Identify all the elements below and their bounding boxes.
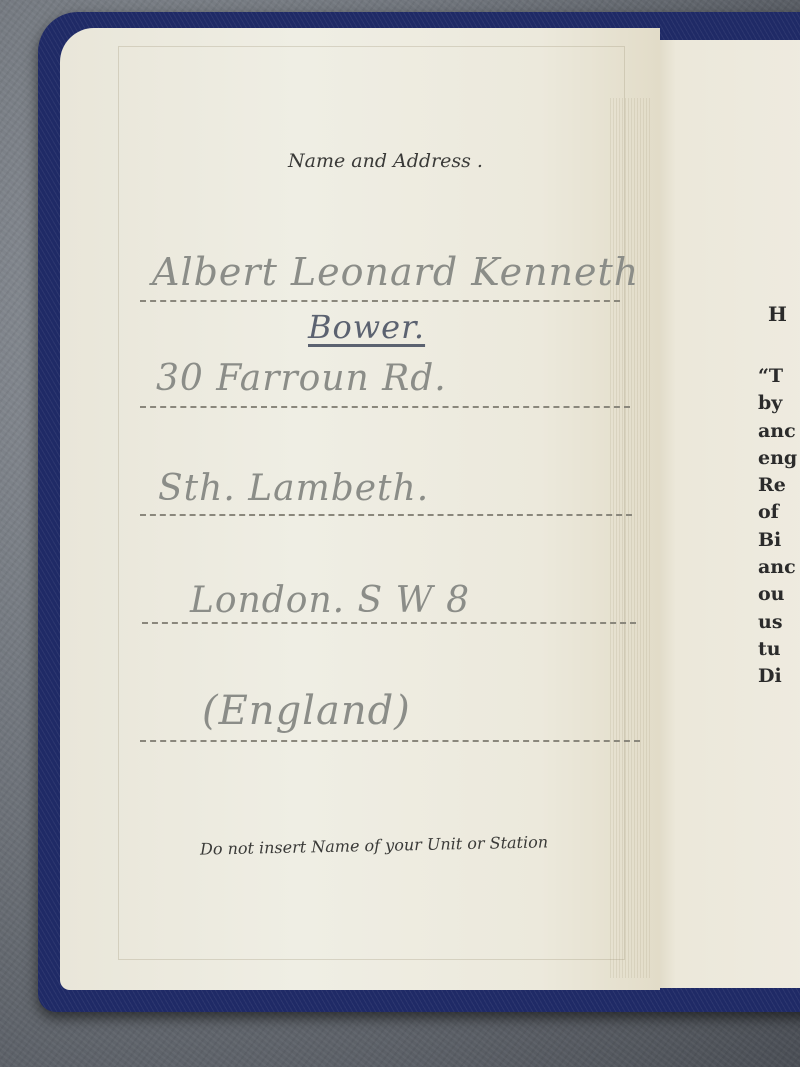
text-line: eng: [758, 445, 797, 472]
name-address-heading: Name and Address .: [288, 150, 483, 172]
text-line: by: [758, 390, 797, 417]
text-line: anc: [758, 554, 797, 581]
right-page: H “T by anc eng Re of Bi anc ou us tu Di: [652, 40, 800, 988]
text-line: anc: [758, 418, 797, 445]
text-line: of: [758, 499, 797, 526]
dotted-line: [140, 514, 632, 516]
handwriting-district: Sth. Lambeth.: [158, 468, 429, 509]
text-line: ou: [758, 581, 797, 608]
handwriting-street: 30 Farroun Rd.: [156, 358, 447, 399]
dotted-line: [140, 406, 630, 408]
text-line: Re: [758, 472, 797, 499]
right-page-text: “T by anc eng Re of Bi anc ou us tu Di: [758, 363, 797, 691]
text-line: us: [758, 609, 797, 636]
left-page: Name and Address . Albert Leonard Kennet…: [60, 28, 660, 990]
text-line: Di: [758, 663, 797, 690]
dotted-line: [142, 622, 636, 624]
text-line: Bi: [758, 527, 797, 554]
text-line: “T: [758, 363, 797, 390]
handwriting-country: (England): [202, 688, 411, 734]
handwriting-name: Albert Leonard Kenneth: [152, 250, 639, 294]
dotted-line: [140, 740, 640, 742]
dotted-line: [140, 300, 620, 302]
handwriting-city: London. S W 8: [190, 580, 470, 621]
handwriting-surname: Bower.: [308, 308, 425, 346]
text-line: tu: [758, 636, 797, 663]
gutter-texture: [610, 98, 650, 978]
right-page-title: H: [768, 302, 787, 326]
